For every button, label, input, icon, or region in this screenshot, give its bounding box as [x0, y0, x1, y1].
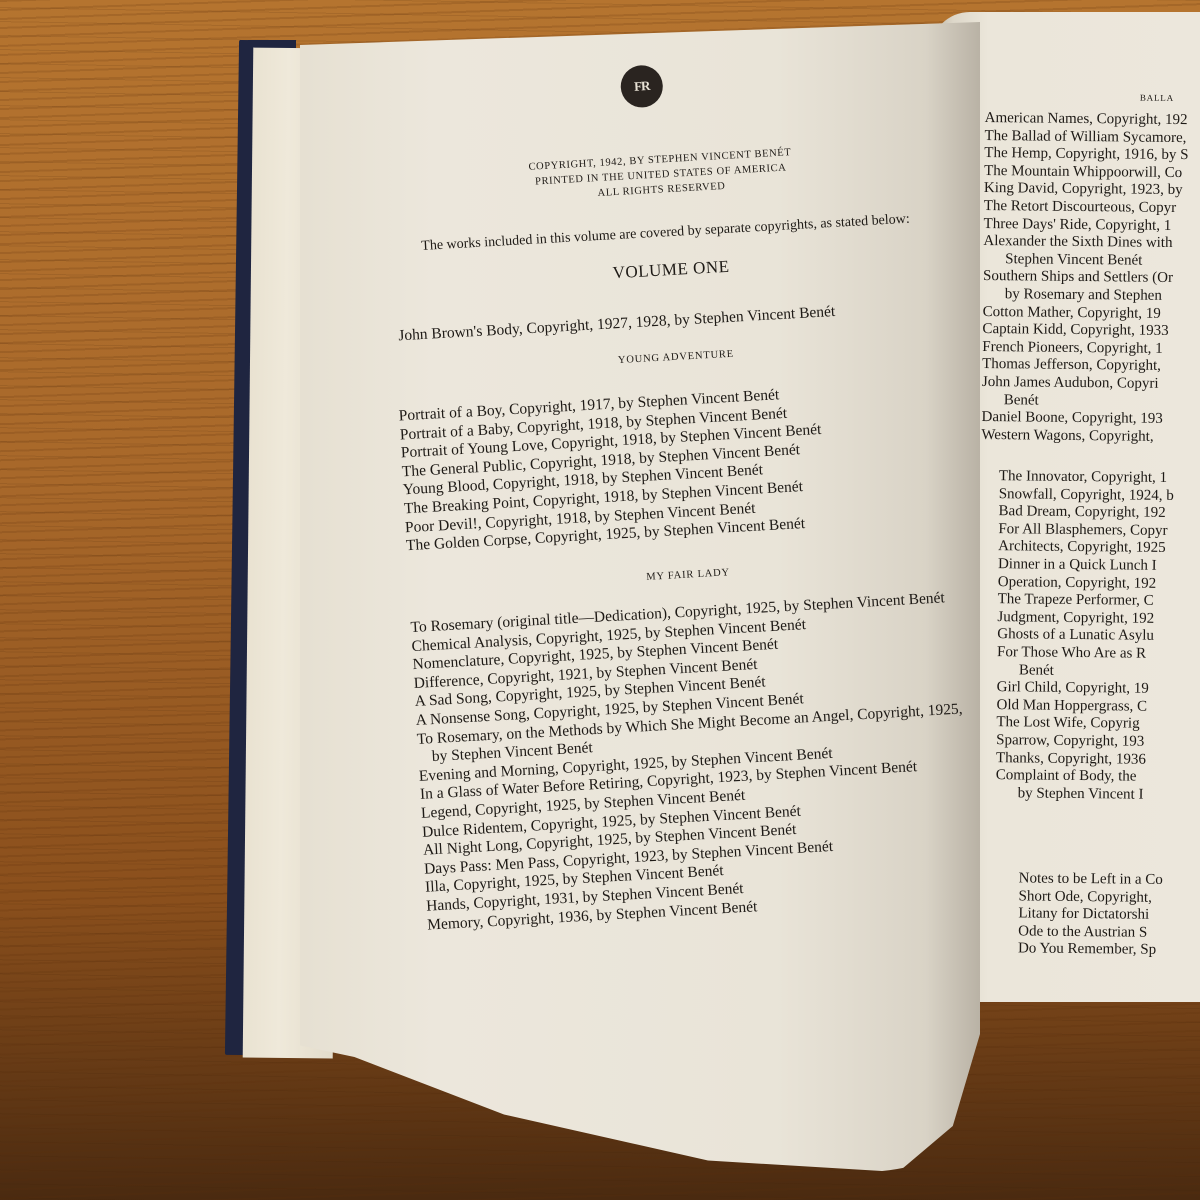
list-item: Thomas Jefferson, Copyright,	[982, 356, 1186, 376]
list-item: Girl Child, Copyright, 19	[997, 679, 1172, 698]
list-item: Alexander the Sixth Dines with	[983, 233, 1187, 253]
list-item: Thanks, Copyright, 1936	[996, 750, 1171, 769]
right-list-group-3: Notes to be Left in a Co Short Ode, Copy…	[1018, 870, 1163, 959]
list-item: Old Man Hoppergrass, C	[996, 697, 1171, 716]
list-item: The Ballad of William Sycamore,	[984, 128, 1188, 148]
list-item: The Trapeze Performer, C	[998, 591, 1173, 610]
right-page-header: BALLA	[1140, 90, 1174, 108]
list-item: Captain Kidd, Copyright, 1933	[982, 321, 1186, 341]
my-fair-lady-list: To Rosemary (original title—Dedication),…	[410, 588, 987, 935]
list-item: Snowfall, Copyright, 1924, b	[999, 486, 1174, 505]
list-item: Complaint of Body, the	[996, 767, 1171, 786]
young-adventure-list: Portrait of a Boy, Copyright, 1917, by S…	[398, 376, 965, 556]
list-item: Daniel Boone, Copyright, 193	[981, 409, 1185, 429]
right-list-group-1: American Names, Copyright, 192 The Balla…	[981, 110, 1189, 446]
list-item: The Hemp, Copyright, 1916, by S	[984, 145, 1188, 165]
right-list-group-2: The Innovator, Copyright, 1 Snowfall, Co…	[996, 468, 1174, 804]
list-item: Operation, Copyright, 192	[998, 574, 1173, 593]
list-item: Short Ode, Copyright,	[1018, 888, 1162, 907]
list-item: Cotton Mather, Copyright, 19	[983, 304, 1187, 324]
list-item: Benét	[982, 391, 1186, 411]
list-item: Litany for Dictatorshi	[1018, 906, 1162, 925]
list-item: American Names, Copyright, 192	[985, 110, 1189, 130]
list-item: French Pioneers, Copyright, 1	[982, 339, 1186, 359]
list-item: by Stephen Vincent I	[996, 785, 1171, 804]
list-item: Ghosts of a Lunatic Asylu	[997, 627, 1172, 646]
list-item: John James Audubon, Copyri	[982, 374, 1186, 394]
right-page-content: BALLA American Names, Copyright, 192 The…	[975, 88, 1200, 1010]
list-item: Three Days' Ride, Copyright, 1	[983, 216, 1187, 236]
list-item: Southern Ships and Settlers (Or	[983, 268, 1187, 288]
list-item: King David, Copyright, 1923, by	[984, 180, 1188, 200]
list-item: Sparrow, Copyright, 193	[996, 732, 1171, 751]
list-item: The Innovator, Copyright, 1	[999, 468, 1174, 487]
list-item: Do You Remember, Sp	[1018, 941, 1162, 960]
list-item: Ode to the Austrian S	[1018, 923, 1162, 942]
list-item: Judgment, Copyright, 192	[997, 609, 1172, 628]
list-item: Notes to be Left in a Co	[1019, 870, 1163, 889]
list-item: Western Wagons, Copyright,	[981, 427, 1185, 447]
list-item: Dinner in a Quick Lunch I	[998, 556, 1173, 575]
list-item: by Rosemary and Stephen	[983, 286, 1187, 306]
list-item: Architects, Copyright, 1925	[998, 539, 1173, 558]
list-item: For Those Who Are as R	[997, 644, 1172, 663]
list-item: Benét	[997, 662, 1172, 681]
list-item: For All Blasphemers, Copyr	[998, 521, 1173, 540]
list-item: Stephen Vincent Benét	[983, 251, 1187, 271]
list-item: The Mountain Whippoorwill, Co	[984, 163, 1188, 183]
list-item: The Lost Wife, Copyrig	[996, 714, 1171, 733]
list-item: The Retort Discourteous, Copyr	[984, 198, 1188, 218]
list-item: Bad Dream, Copyright, 192	[998, 503, 1173, 522]
